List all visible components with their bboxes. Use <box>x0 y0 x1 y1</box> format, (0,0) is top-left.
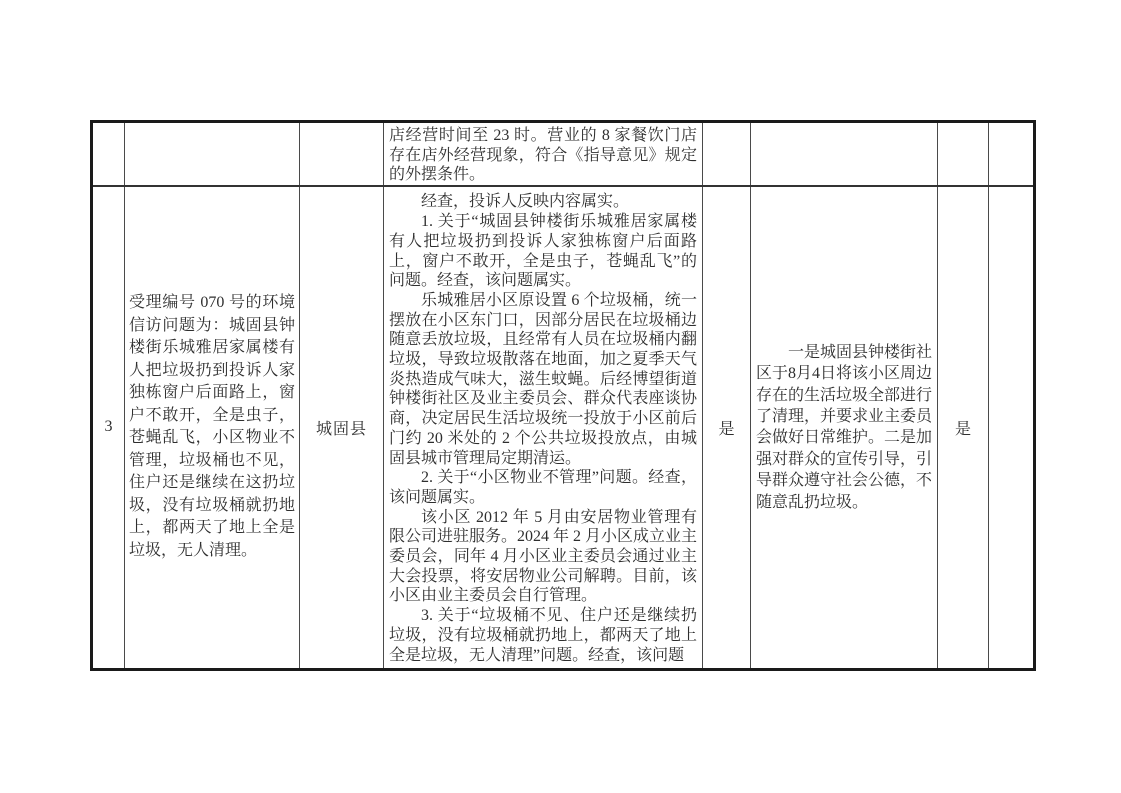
is-accurate-value: 是 <box>718 421 734 438</box>
is-satisfied-value: 是 <box>955 421 971 438</box>
investigation-paragraph: 乐城雅居小区原设置 6 个垃圾桶，统一摆放在小区东门口，因部分居民在垃圾桶边随意… <box>389 291 697 468</box>
cell-extra <box>989 186 1035 669</box>
investigation-paragraph: 经查，投诉人反映内容属实。 <box>389 192 697 212</box>
cell-county-empty <box>300 122 384 187</box>
table-row-continuation: 店经营时间至 23 时。营业的 8 家餐饮门店存在店外经营现象，符合《指导意见》… <box>92 122 1035 187</box>
investigation-paragraph: 该小区 2012 年 5 月由安居物业管理有限公司进驻服务。2024 年 2 月… <box>389 508 697 607</box>
cell-issue-description: 受理编号 070 号的环境信访问题为：城固县钟楼街乐城雅居家属楼有人把垃圾扔到投… <box>125 186 300 669</box>
investigation-continued-text: 店经营时间至 23 时。营业的 8 家餐饮门店存在店外经营现象，符合《指导意见》… <box>389 126 697 185</box>
sequence-number: 3 <box>105 418 113 435</box>
investigation-paragraph: 2. 关于“小区物业不管理”问题。经查，该问题属实。 <box>389 468 697 507</box>
issue-description-text: 受理编号 070 号的环境信访问题为：城固县钟楼街乐城雅居家属楼有人把垃圾扔到投… <box>125 290 299 564</box>
cell-extra-empty <box>989 122 1035 187</box>
cell-investigation-result: 经查，投诉人反映内容属实。 1. 关于“城固县钟楼街乐城雅居家属楼有人把垃圾扔到… <box>384 186 703 669</box>
measures-text: 一是城固县钟楼街社区于8月4日将该小区周边存在的生活垃圾全部进行了清理，并要求业… <box>751 342 937 513</box>
investigation-paragraph: 1. 关于“城固县钟楼街乐城雅居家属楼有人把垃圾扔到投诉人家独栋窗户后面路上，窗… <box>389 212 697 291</box>
county-name: 城固县 <box>316 421 367 438</box>
cell-measures: 一是城固县钟楼街社区于8月4日将该小区周边存在的生活垃圾全部进行了清理，并要求业… <box>751 186 938 669</box>
investigation-result-body: 经查，投诉人反映内容属实。 1. 关于“城固县钟楼街乐城雅居家属楼有人把垃圾扔到… <box>384 189 702 665</box>
investigation-paragraph: 3. 关于“垃圾桶不见、住户还是继续扔垃圾，没有垃圾桶就扔地上，都两天了地上全是… <box>389 606 697 665</box>
cell-is-satisfied: 是 <box>938 186 989 669</box>
cell-seq-empty <box>92 122 125 187</box>
cell-sequence-number: 3 <box>92 186 125 669</box>
cell-measures-empty <box>751 122 938 187</box>
cell-county: 城固县 <box>300 186 384 669</box>
table-row-case-3: 3 受理编号 070 号的环境信访问题为：城固县钟楼街乐城雅居家属楼有人把垃圾扔… <box>92 186 1035 669</box>
scanned-document-page: 店经营时间至 23 时。营业的 8 家餐饮门店存在店外经营现象，符合《指导意见》… <box>0 0 1121 793</box>
cell-satisfied-empty <box>938 122 989 187</box>
cell-is-accurate: 是 <box>703 186 751 669</box>
cell-accurate-empty <box>703 122 751 187</box>
complaint-handling-table: 店经营时间至 23 时。营业的 8 家餐饮门店存在店外经营现象，符合《指导意见》… <box>90 120 1036 671</box>
cell-investigation-continued: 店经营时间至 23 时。营业的 8 家餐饮门店存在店外经营现象，符合《指导意见》… <box>384 122 703 187</box>
cell-issue-empty <box>125 122 300 187</box>
